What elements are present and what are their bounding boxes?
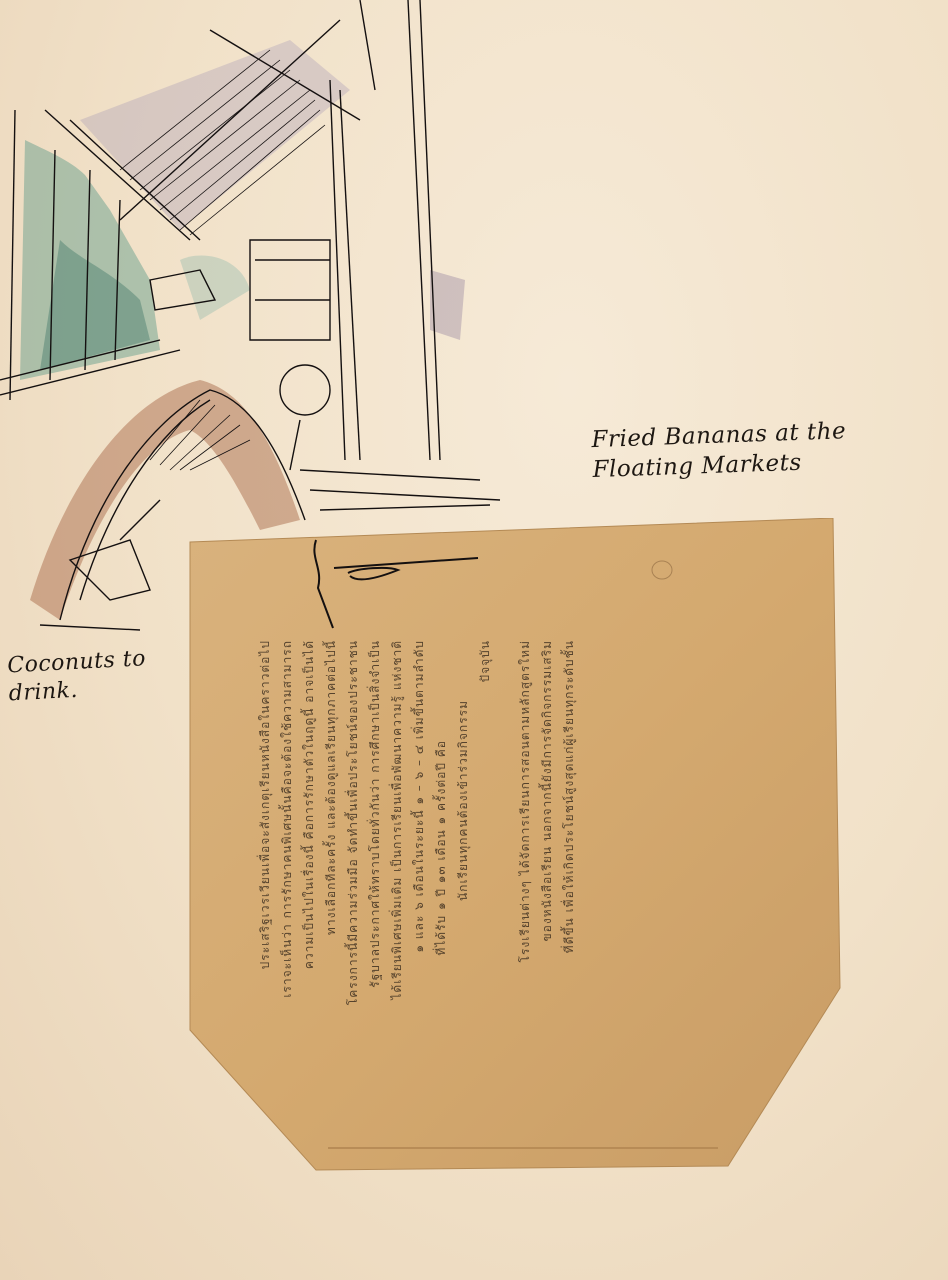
thai-text-line: รัฐบาลประกาศให้ทราบโดยทั่วกันว่า การศึกษ… xyxy=(365,640,384,988)
thai-text-line: โครงการนี้มีความร่วมมือ จัดทำขึ้นเพื่อปร… xyxy=(343,640,362,1005)
thai-text-line: ความเป็นไปในเรื่องนี้ คือการรักษาตัวในฤด… xyxy=(299,640,318,969)
thai-text-line: ประเสริฐเวรเวียนเพื่อจะสังเกตุเรียนหนังส… xyxy=(255,640,274,969)
thai-text-line: ของหนังสือเรียน นอกจากนี้ยังมีการจัดกิจก… xyxy=(537,640,556,942)
thai-text-line: ทางเลือกทีละครั้ง และต้องดูแลเรียนทุกภาค… xyxy=(321,640,340,935)
floating-market-caption: Fried Bananas at the Floating Markets xyxy=(591,415,883,485)
thai-text-line: นักเรียนทุกคนต้องเข้าร่วมกิจกรรม xyxy=(453,700,472,901)
thai-text-line: ๑ และ ๖ เดือนในระยะนี้ ๑ – ๖ – ๔ เพิ่มขึ… xyxy=(409,640,428,953)
thai-text-line: ที่ได้รับ ๑ ปี ๑๓ เดือน ๑ ครั้งต่อปี คือ xyxy=(431,740,450,956)
thai-text-line: ปัจจุบัน xyxy=(475,640,494,683)
thai-text-line: โรงเรียนต่างๆ ได้จัดการเรียนการสอนตามหลั… xyxy=(515,640,534,962)
thai-text-line: ที่ดีขึ้น เพื่อให้เกิดประโยชน์สูงสุดแก่ผ… xyxy=(559,640,578,953)
coconut-caption: Coconuts to drink. xyxy=(7,644,180,709)
thai-text-line: ได้เรียนพิเศษเพิ่มเติม เป็นการเรียนเพื่อ… xyxy=(387,640,406,1000)
thai-text-line: เราจะเห็นว่า การรักษาคนพิเศษนั้นคือจะต้อ… xyxy=(277,640,296,998)
thai-text-columns: ประเสริฐเวรเวียนเพื่อจะสังเกตุเรียนหนังส… xyxy=(255,640,845,1110)
